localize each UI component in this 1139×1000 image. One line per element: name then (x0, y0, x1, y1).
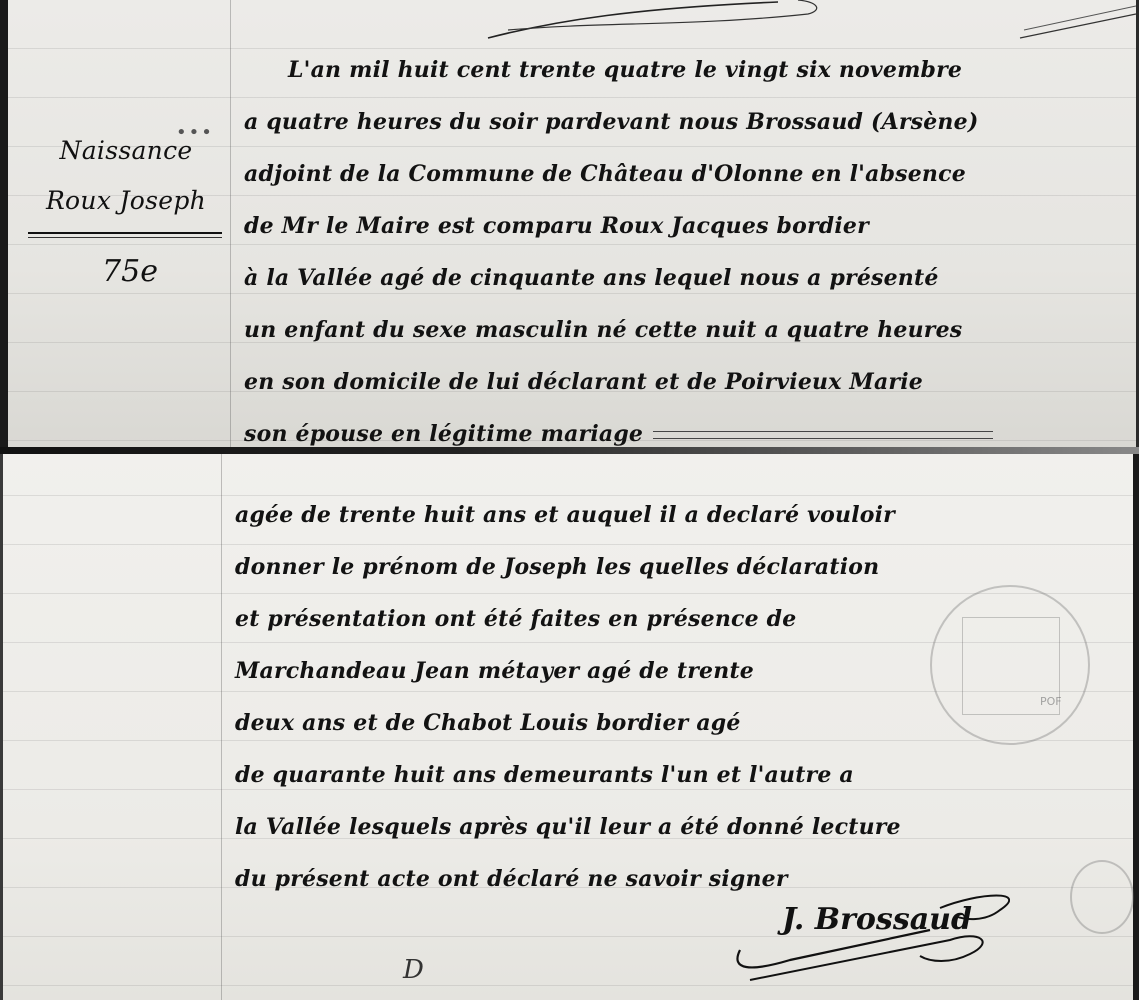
record-text-top: L'an mil huit cent trente quatre le ving… (244, 44, 993, 447)
signature-text: J. Brossaud (782, 902, 972, 937)
text-line: de quarante huit ans demeurants l'un et … (235, 749, 901, 801)
margin-title-name: Roux Joseph (26, 176, 226, 226)
text-line: et présentation ont été faites en présen… (235, 593, 901, 645)
archive-stamp: POF (930, 585, 1090, 745)
text-line: la Vallée lesquels après qu'il leur a ét… (235, 801, 901, 853)
text-line: L'an mil huit cent trente quatre le ving… (244, 44, 993, 96)
margin-annotation: Naissance Roux Joseph 75e (26, 126, 226, 292)
text-line: agée de trente huit ans et auquel il a d… (235, 489, 901, 541)
text-line: en son domicile de lui déclarant et de P… (244, 356, 993, 408)
text-line-last: son épouse en légitime mariage (244, 408, 993, 447)
line-fill-dashes (653, 431, 993, 439)
text-line: Marchandeau Jean métayer agé de trente (235, 645, 901, 697)
text-line: a quatre heures du soir pardevant nous B… (244, 96, 993, 148)
stamp-edge (1070, 860, 1134, 934)
scan-divider (0, 447, 1139, 454)
text-line-content: son épouse en légitime mariage (244, 421, 643, 447)
pen-flourish-right (1018, 0, 1138, 40)
text-line: donner le prénom de Joseph les quelles d… (235, 541, 901, 593)
text-line: à la Vallée agé de cinquante ans lequel … (244, 252, 993, 304)
margin-rule (230, 0, 231, 447)
signature: J. Brossaud (730, 880, 1010, 985)
text-line: de Mr le Maire est comparu Roux Jacques … (244, 200, 993, 252)
text-line: un enfant du sexe masculin né cette nuit… (244, 304, 993, 356)
text-line: adjoint de la Commune de Château d'Olonn… (244, 148, 993, 200)
entry-number: 75e (26, 252, 226, 292)
stray-letter-mark: D (403, 955, 424, 985)
margin-underline-thin (28, 237, 222, 238)
pen-flourish (478, 0, 838, 40)
text-line: deux ans et de Chabot Louis bordier agé (235, 697, 901, 749)
stamp-text: POF (1040, 695, 1062, 708)
margin-underline (28, 232, 222, 234)
record-text-bottom: agée de trente huit ans et auquel il a d… (235, 489, 901, 905)
margin-rule (221, 447, 222, 1000)
margin-title-naissance: Naissance (26, 126, 226, 176)
register-page-top: ••• Naissance Roux Joseph 75e L'an mil h… (0, 0, 1139, 447)
